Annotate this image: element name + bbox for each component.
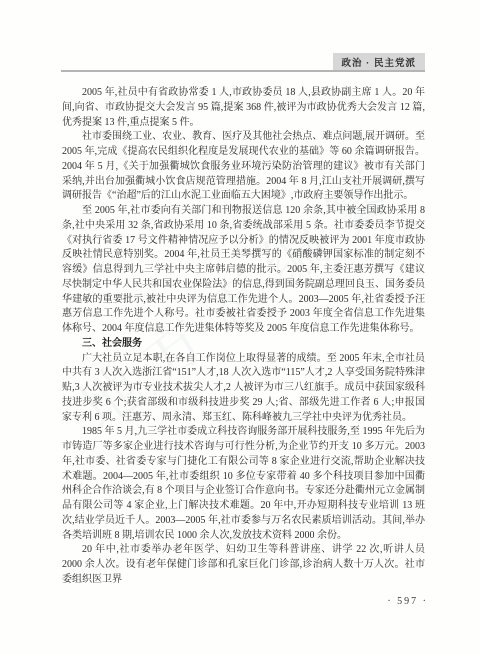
document-page: 政治 · 民主党派 地方志编纂 2005 年,社员中有省政协常委 1 人,市政协… [0,0,480,655]
paragraph-medical-service: 20 年中,社市委举办老年医学、妇幼卫生等科普讲座、讲学 22 次,听讲人员 2… [62,543,425,587]
paragraph-research-reports: 社市委围绕工业、农业、教育、医疗及其他社会热点、难点问题,展开调研。至 2005… [62,130,425,204]
running-head-rule [61,70,425,72]
section-heading-social-service: 三、社会服务 [62,337,425,352]
page-number: · 597 · [387,596,428,607]
body-text: 2005 年,社员中有省政协常委 1 人,市政协委员 18 人,县政协副主席 1… [62,86,425,588]
paragraph-proposals-stats: 2005 年,社员中有省政协常委 1 人,市政协委员 18 人,县政协副主席 1… [62,86,425,130]
paragraph-member-achievements: 广大社员立足本职,在各自工作岗位上取得显著的成绩。至 2005 年末,全市社员中… [62,352,425,426]
paragraph-tech-consulting: 1985 年 5 月,九三学社市委成立科技咨询服务部开展科技服务,至 1995 … [62,425,425,543]
paragraph-information-work: 至 2005 年,社市委向有关部门和刊物报送信息 120 余条,其中被全国政协采… [62,204,425,337]
